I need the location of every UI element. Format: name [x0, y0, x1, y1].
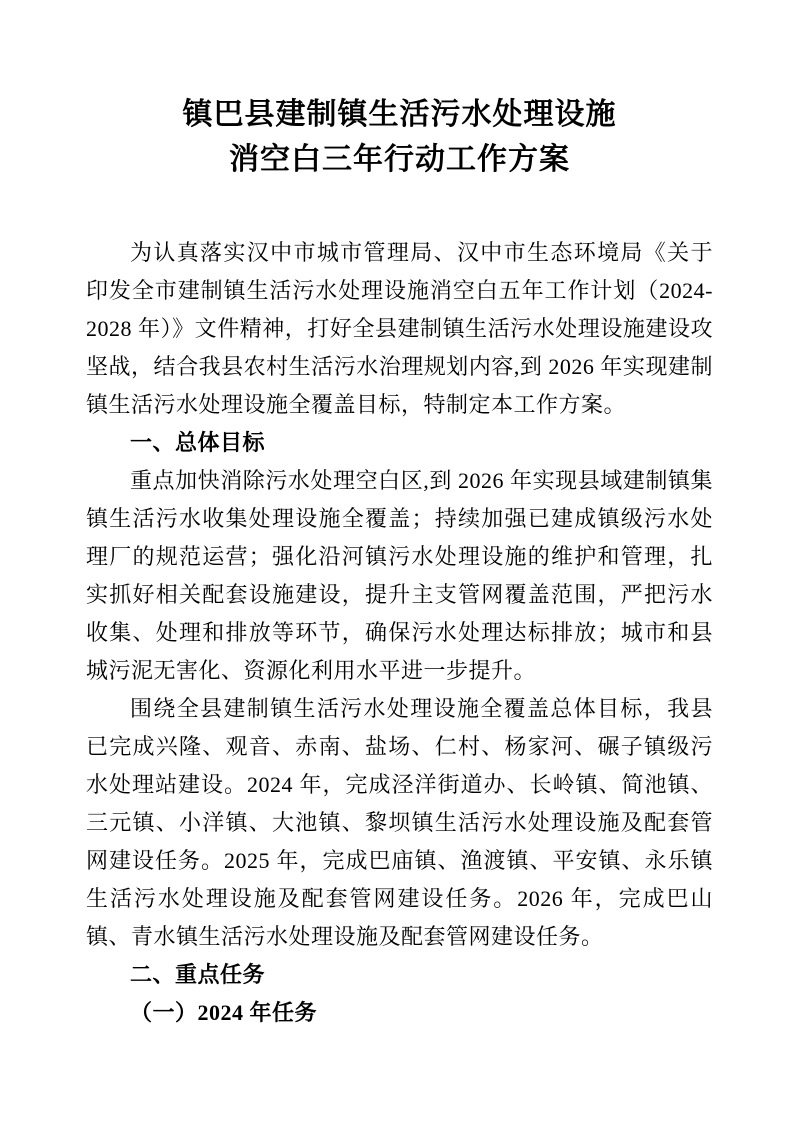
- document-title: 镇巴县建制镇生活污水处理设施 消空白三年行动工作方案: [86, 92, 713, 182]
- intro-paragraph: 为认真落实汉中市城市管理局、汉中市生态环境局《关于印发全市建制镇生活污水处理设施…: [86, 234, 713, 424]
- section-1-paragraph-1: 重点加快消除污水处理空白区,到 2026 年实现县域建制镇集镇生活污水收集处理设…: [86, 462, 713, 690]
- document-body: 镇巴县建制镇生活污水处理设施 消空白三年行动工作方案 为认真落实汉中市城市管理局…: [0, 0, 793, 1032]
- section-1-heading: 一、总体目标: [86, 424, 713, 462]
- section-2-subheading-1: （一）2024 年任务: [86, 994, 713, 1032]
- document-page: 镇巴县建制镇生活污水处理设施 消空白三年行动工作方案 为认真落实汉中市城市管理局…: [0, 0, 793, 1122]
- section-1-paragraph-2: 围绕全县建制镇生活污水处理设施全覆盖总体目标，我县已完成兴隆、观音、赤南、盐场、…: [86, 690, 713, 956]
- document-title-line-1: 镇巴县建制镇生活污水处理设施: [183, 98, 617, 131]
- section-2-heading: 二、重点任务: [86, 956, 713, 994]
- document-title-line-2: 消空白三年行动工作方案: [229, 143, 570, 176]
